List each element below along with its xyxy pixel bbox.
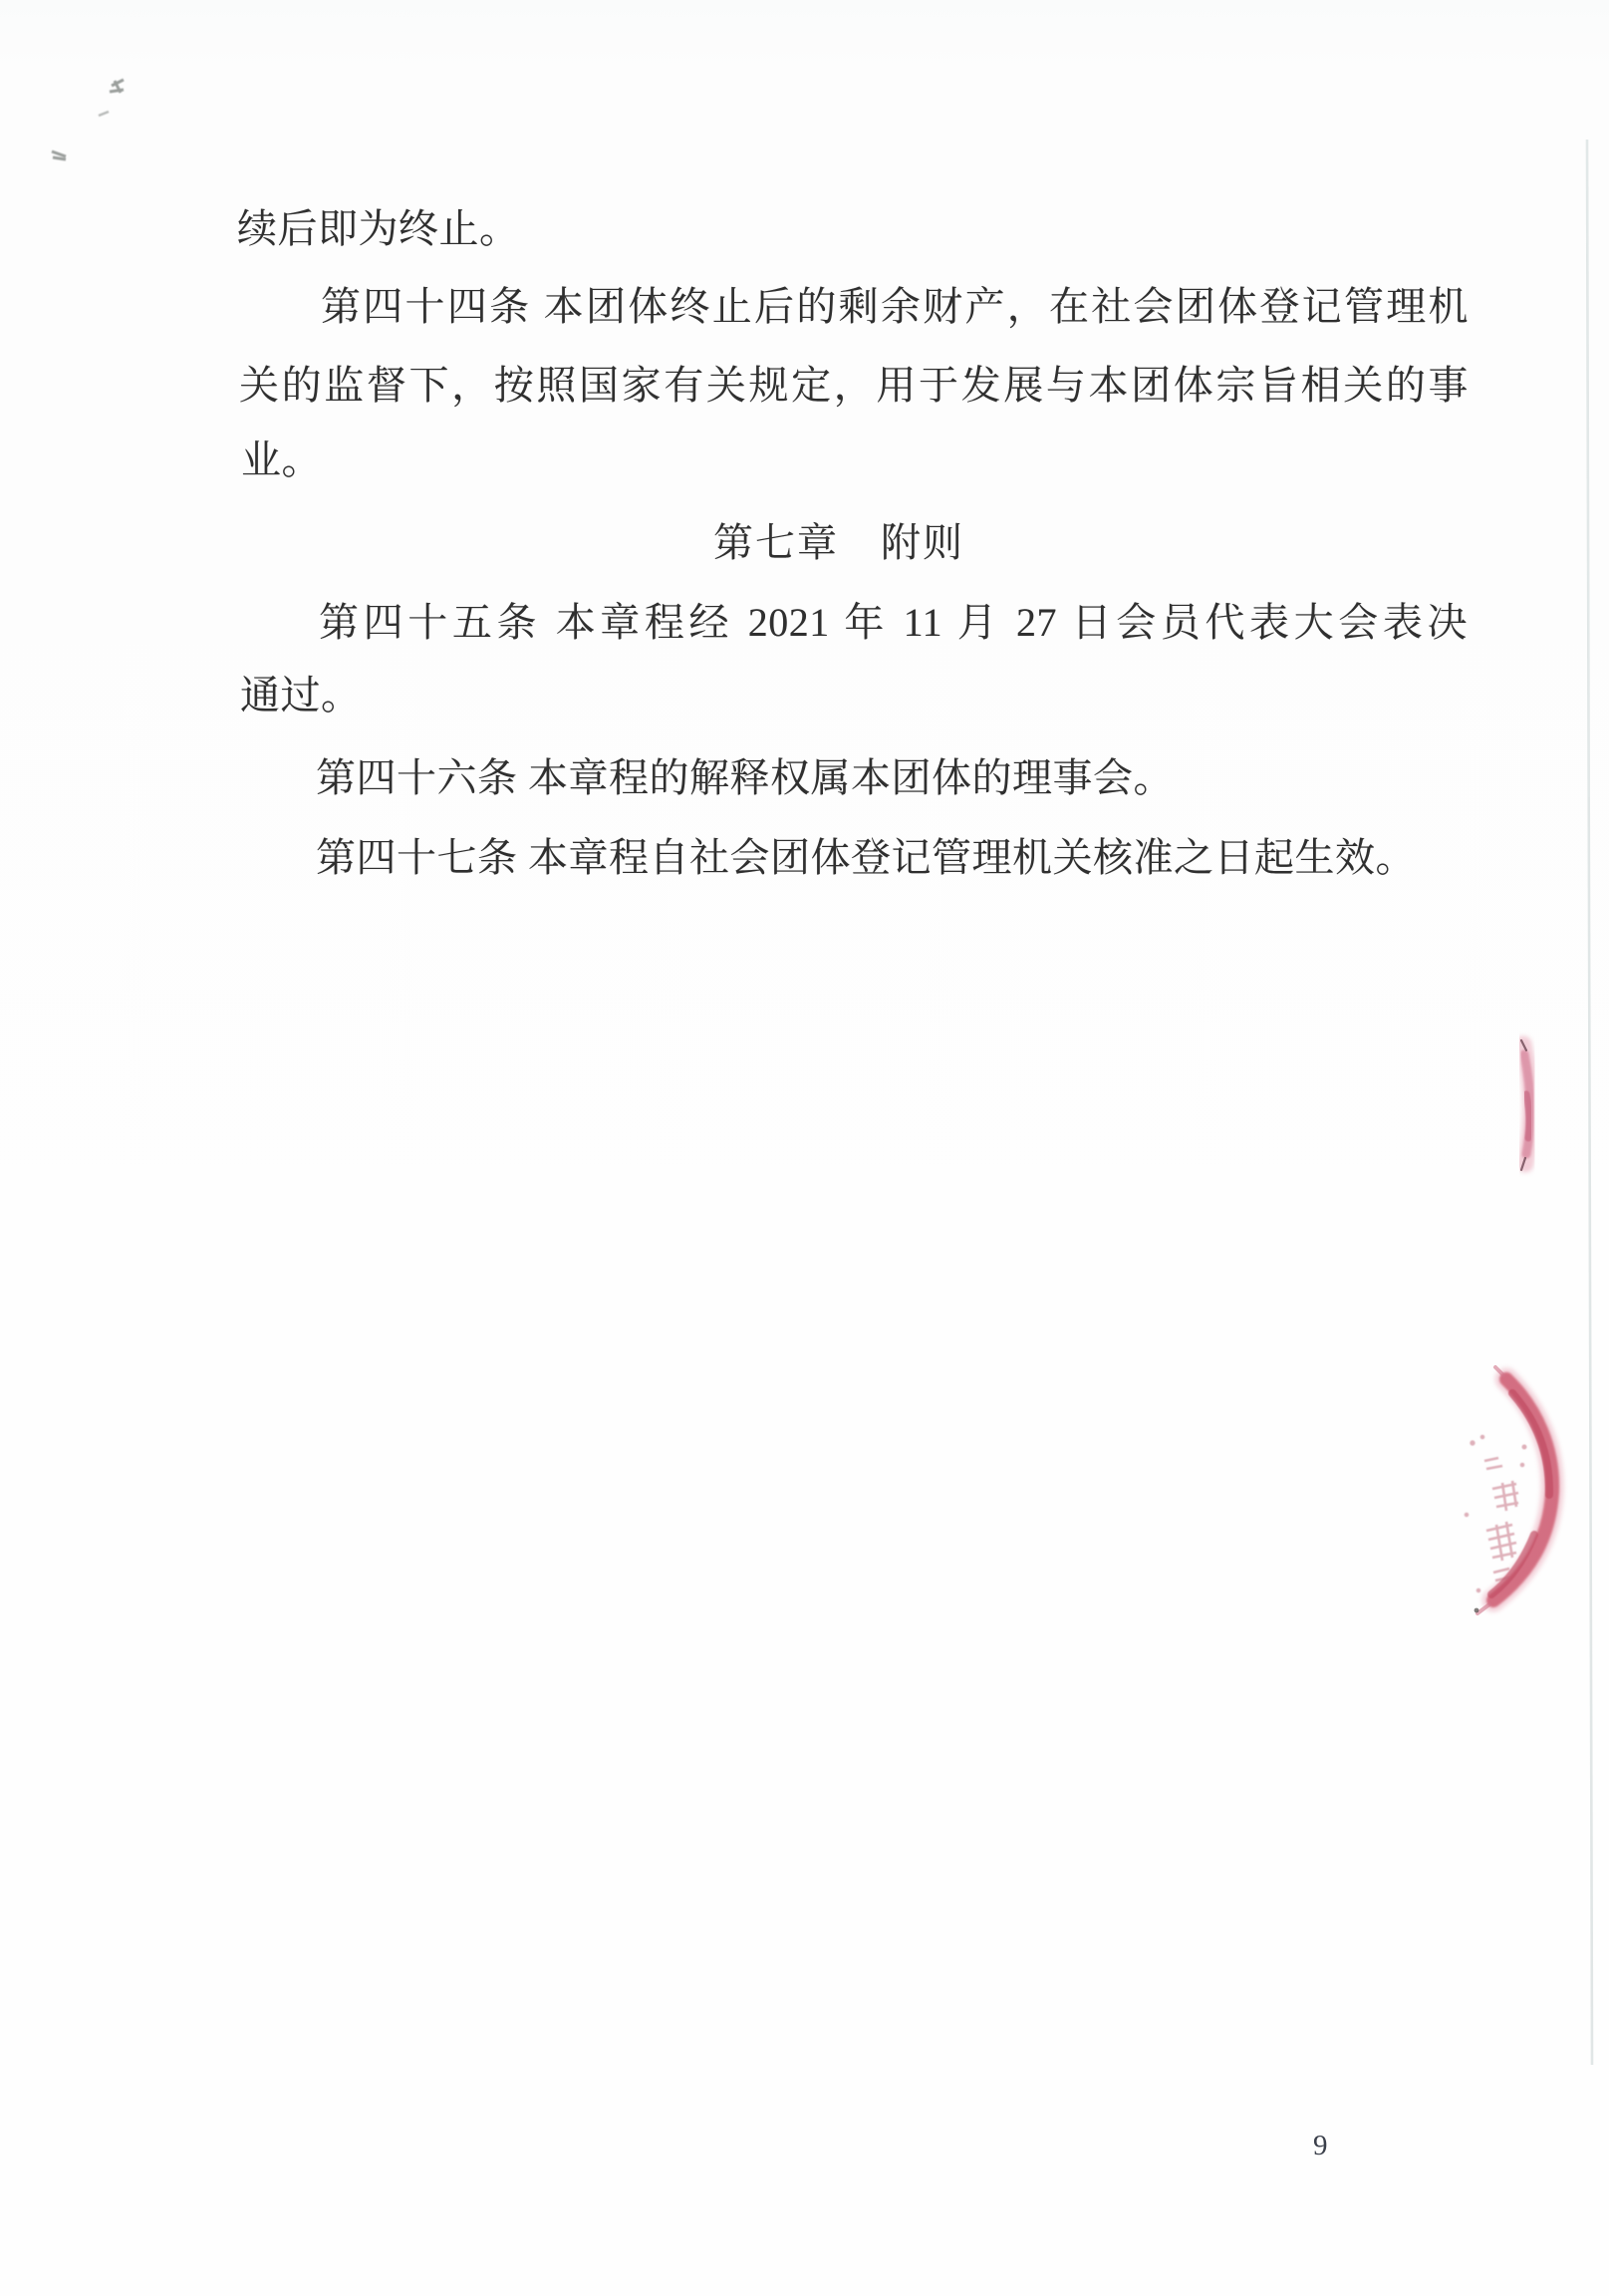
article-44-line-3: 业。 <box>241 436 322 484</box>
article-47-line: 第四十七条 本章程自社会团体登记管理机关核准之日起生效。 <box>316 834 1416 882</box>
ink-dot-speck <box>1475 1608 1479 1613</box>
stamp-seal-arc-icon <box>1477 1367 1552 1613</box>
page-number: 9 <box>1313 2129 1328 2162</box>
article-45-line-2: 通过。 <box>240 672 362 719</box>
page-edge-shadow-line <box>1587 140 1592 2065</box>
stamp-text-bleed-marks <box>1465 1435 1526 1592</box>
paragraph-continuation-line: 续后即为终止。 <box>237 205 520 253</box>
scanned-document-page: 续后即为终止。 第四十四条 本团体终止后的剩余财产，在社会团体登记管理机 关的监… <box>0 0 1609 2296</box>
stamp-bleed-streak-icon <box>1521 1040 1531 1170</box>
article-46-line: 第四十六条 本章程的解释权属本团体的理事会。 <box>316 754 1174 802</box>
scan-artifacts-layer <box>0 0 1609 2296</box>
article-44-line-2: 关的监督下，按照国家有关规定，用于发展与本团体宗旨相关的事 <box>239 362 1469 410</box>
pencil-speck <box>52 80 124 159</box>
article-44-line-1: 第四十四条 本团体终止后的剩余财产，在社会团体登记管理机 <box>321 283 1469 331</box>
article-45-line-1: 第四十五条 本章程经 2021 年 11 月 27 日会员代表大会表决 <box>319 599 1468 647</box>
chapter-heading: 第七章 附则 <box>713 519 964 567</box>
